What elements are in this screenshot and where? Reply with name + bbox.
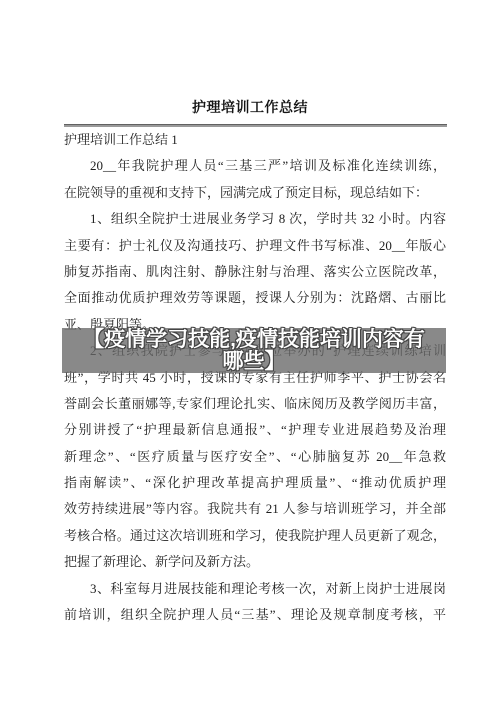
text-line: 指南解读”、“深化护理改革提高护理质量”、“推动优质护理 [64, 470, 446, 496]
text-line: 前培训，组织全院护理人员“三基”、理论及规章制度考核，平 [64, 602, 446, 628]
text-line: 效劳持续进展”等内容。我院共有 21 人参与培训班学习，并全部 [64, 496, 446, 522]
text-line: 考核合格。通过这次培训班和学习，使我院护理人员更新了观念， [64, 523, 446, 549]
document-page: 护理培训工作总结 护理培训工作总结 120__年我院护理人员“三基三严”培训及标… [0, 0, 500, 706]
overlay-title-line-1: 【疫情学习技能,疫情技能培训内容有 [83, 329, 425, 351]
text-line: 全面推动优质护理效劳等课题，授课人分别为：沈路熠、古丽比 [64, 285, 446, 311]
document-body: 护理培训工作总结 120__年我院护理人员“三基三严”培训及标准化连续训练，在院… [64, 127, 446, 628]
text-line: 把握了新理论、新学问及新方法。 [64, 549, 446, 575]
overlay-link-banner[interactable]: 【疫情学习技能,疫情技能培训内容有 哪些】 [62, 328, 446, 373]
text-line: 分别讲授了“护理最新信息通报”、“护理专业进展趋势及治理 [64, 417, 446, 443]
text-line: 肺复苏指南、肌肉注射、静脉注射与治理、落实公立医院改革， [64, 259, 446, 285]
overlay-title-line-2: 哪些】 [223, 351, 286, 373]
text-line: 新理念”、“医疗质量与医疗安全”、“心肺脑复苏 20__年急救 [64, 444, 446, 470]
text-line: 护理培训工作总结 1 [64, 127, 446, 153]
text-line: 誉副会长董丽娜等,专家们理论扎实、临床阅历及教学阅历丰富， [64, 391, 446, 417]
text-line: 主要有：护士礼仪及沟通技巧、护理文件书写标准、20__年版心 [64, 233, 446, 259]
page-title: 护理培训工作总结 [0, 97, 500, 117]
text-line: 在院领导的重视和支持下，园满完成了预定目标，现总结如下： [64, 180, 446, 206]
text-line: 1、组织全院护士进展业务学习 8 次，学时共 32 小时。内容 [64, 206, 446, 232]
text-line: 20__年我院护理人员“三基三严”培训及标准化连续训练， [64, 153, 446, 179]
text-line: 3、科室每月进展技能和理论考核一次，对新上岗护士进展岗 [64, 576, 446, 602]
